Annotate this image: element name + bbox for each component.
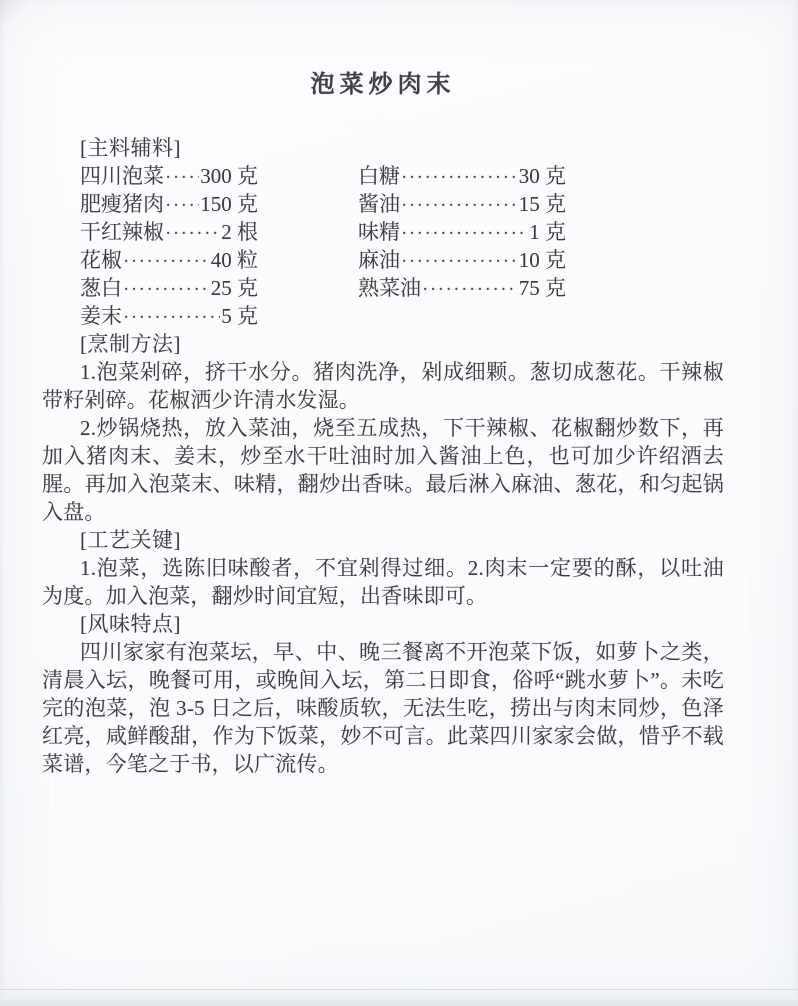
leader-dots: ····················	[123, 304, 220, 332]
ingredient-row: 葱白 ···················· 25 克	[80, 274, 258, 302]
ingredient-amount: 10 克	[519, 246, 566, 274]
ingredient-name: 四川泡菜	[80, 162, 164, 190]
leader-dots: ····················	[165, 192, 199, 220]
ingredient-row: 味精 ···················· 1 克	[358, 218, 566, 246]
ingredients-left-column: 四川泡菜 ···················· 300 克 肥瘦猪肉 ···…	[80, 162, 258, 330]
ingredient-name: 酱油	[358, 190, 400, 218]
ingredient-amount: 1 克	[529, 218, 566, 246]
ingredient-name: 姜末	[80, 302, 122, 330]
leader-dots: ····················	[401, 220, 528, 248]
leader-dots: ····················	[401, 192, 518, 220]
ingredients-header: [主料辅料]	[80, 134, 724, 162]
ingredient-name: 熟菜油	[358, 274, 421, 302]
ingredients-right-column: 白糖 ···················· 30 克 酱油 ········…	[358, 162, 566, 302]
ingredient-amount: 15 克	[519, 190, 566, 218]
method-step-1: 1.泡菜剁碎，挤干水分。猪肉洗净，剁成细颗。葱切成葱花。干辣椒带籽剁碎。花椒洒少…	[42, 358, 724, 414]
ingredient-name: 花椒	[80, 246, 122, 274]
ingredient-amount: 40 粒	[211, 246, 258, 274]
ingredient-name: 麻油	[358, 246, 400, 274]
ingredient-name: 肥瘦猪肉	[80, 190, 164, 218]
scanned-recipe-page: 泡菜炒肉末 [主料辅料] 四川泡菜 ···················· 3…	[0, 0, 798, 1006]
leader-dots: ····················	[165, 164, 199, 192]
ingredients-columns: 四川泡菜 ···················· 300 克 肥瘦猪肉 ···…	[42, 162, 724, 330]
section-flavor: [风味特点] 四川家家有泡菜坛，早、中、晚三餐离不开泡菜下饭，如萝卜之类，清晨入…	[42, 610, 724, 778]
ingredient-row: 干红辣椒 ···················· 2 根	[80, 218, 258, 246]
section-method: [烹制方法] 1.泡菜剁碎，挤干水分。猪肉洗净，剁成细颗。葱切成葱花。干辣椒带籽…	[42, 330, 724, 526]
ingredient-row: 肥瘦猪肉 ···················· 150 克	[80, 190, 258, 218]
ingredient-row: 酱油 ···················· 15 克	[358, 190, 566, 218]
section-technique: [工艺关键] 1.泡菜，选陈旧味酸者，不宜剁得过细。2.肉末一定要的酥，以吐油为…	[42, 526, 724, 610]
technique-paragraph: 1.泡菜，选陈旧味酸者，不宜剁得过细。2.肉末一定要的酥，以吐油为度。加入泡菜，…	[42, 554, 724, 610]
ingredient-row: 白糖 ···················· 30 克	[358, 162, 566, 190]
ingredient-row: 麻油 ···················· 10 克	[358, 246, 566, 274]
ingredient-name: 干红辣椒	[80, 218, 164, 246]
method-step-2: 2.炒锅烧热，放入菜油，烧至五成热，下干辣椒、花椒翻炒数下，再加入猪肉末、姜末，…	[42, 414, 724, 526]
leader-dots: ····················	[401, 164, 518, 192]
recipe-title: 泡菜炒肉末	[42, 70, 724, 100]
ingredient-name: 葱白	[80, 274, 122, 302]
ingredient-amount: 75 克	[519, 274, 566, 302]
ingredient-row: 姜末 ···················· 5 克	[80, 302, 258, 330]
leader-dots: ····················	[123, 248, 210, 276]
technique-header: [工艺关键]	[80, 526, 724, 554]
flavor-paragraph: 四川家家有泡菜坛，早、中、晚三餐离不开泡菜下饭，如萝卜之类，清晨入坛，晚餐可用，…	[42, 638, 724, 778]
ingredient-name: 白糖	[358, 162, 400, 190]
method-header: [烹制方法]	[80, 330, 724, 358]
section-ingredients: [主料辅料] 四川泡菜 ···················· 300 克 肥…	[42, 134, 724, 330]
ingredient-amount: 2 根	[221, 218, 258, 246]
ingredient-row: 四川泡菜 ···················· 300 克	[80, 162, 258, 190]
ingredient-amount: 150 克	[200, 190, 258, 218]
leader-dots: ····················	[422, 276, 518, 304]
flavor-header: [风味特点]	[80, 610, 724, 638]
ingredient-name: 味精	[358, 218, 400, 246]
ingredient-amount: 30 克	[519, 162, 566, 190]
page-content: 泡菜炒肉末 [主料辅料] 四川泡菜 ···················· 3…	[42, 70, 724, 778]
ingredient-amount: 25 克	[211, 274, 258, 302]
leader-dots: ····················	[165, 220, 220, 248]
ingredient-amount: 300 克	[200, 162, 258, 190]
leader-dots: ····················	[401, 248, 518, 276]
leader-dots: ····················	[123, 276, 210, 304]
ingredient-row: 熟菜油 ···················· 75 克	[358, 274, 566, 302]
ingredient-row: 花椒 ···················· 40 粒	[80, 246, 258, 274]
ingredient-amount: 5 克	[221, 302, 258, 330]
